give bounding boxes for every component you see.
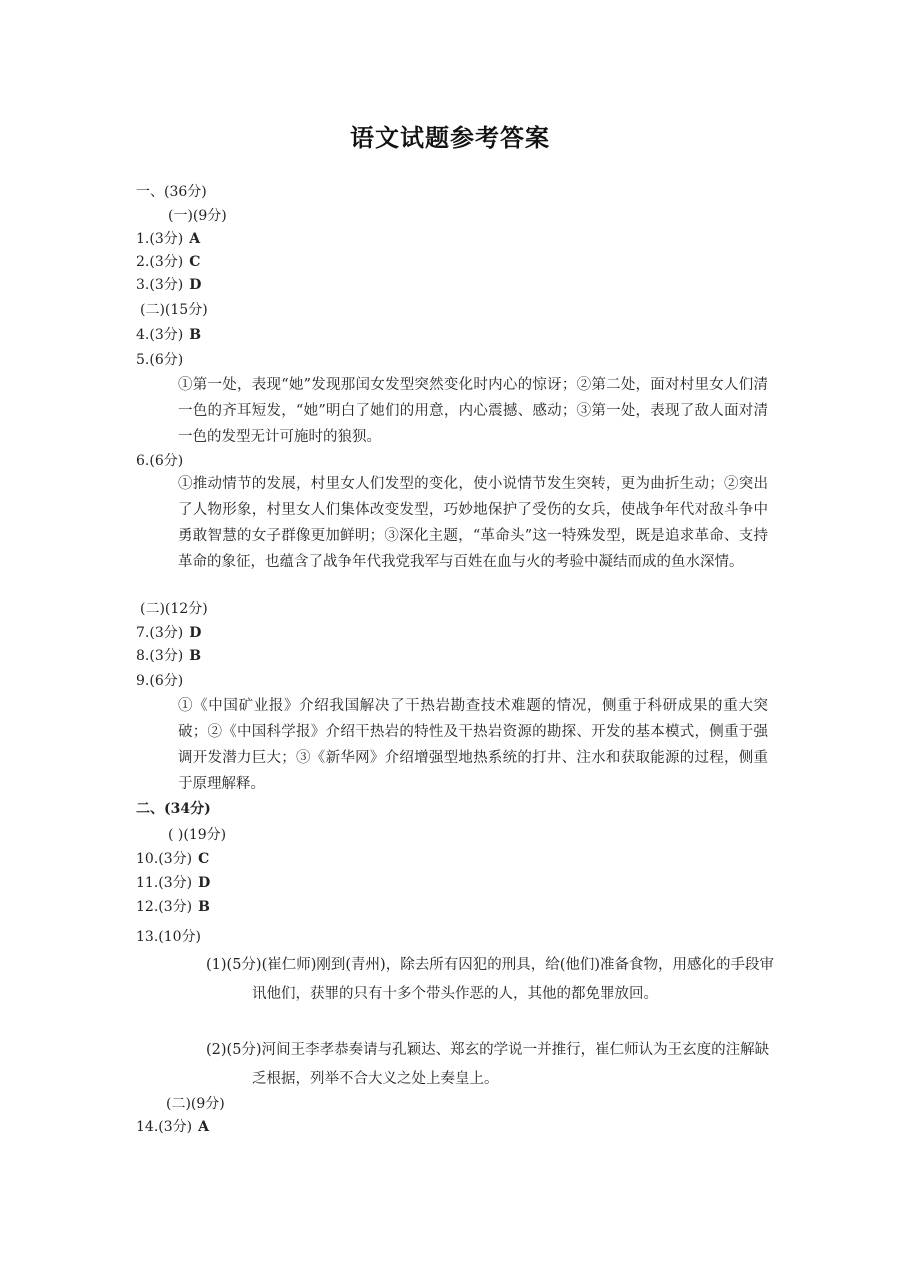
question-item: 1.(3分)A xyxy=(136,229,200,249)
section-heading: 二、(34分) xyxy=(136,799,211,819)
page-title: 语文试题参考答案 xyxy=(0,118,900,153)
question-item: 2.(3分)C xyxy=(136,252,200,272)
question-item: 3.(3分)D xyxy=(136,275,201,295)
subsection-heading: ( )(19分) xyxy=(168,825,226,845)
question-item: 10.(3分)C xyxy=(136,849,209,869)
question-item: 11.(3分)D xyxy=(136,873,210,893)
subsection-heading: (二)(15分) xyxy=(140,300,208,320)
question-label: 13.(10分) xyxy=(136,927,201,947)
subsection-heading: (二)(12分) xyxy=(140,599,208,619)
subsection-heading: (二)(9分) xyxy=(166,1094,225,1114)
question-item: 8.(3分)B xyxy=(136,646,201,666)
answer-subpart: (1)(5分)(崔仁师)刚到(青州)，除去所有囚犯的刑具，给(他们)准备食物，用… xyxy=(206,951,776,1009)
section-heading: 一、(36分) xyxy=(136,182,207,202)
question-item: 14.(3分)A xyxy=(136,1117,209,1137)
question-item: 4.(3分)B xyxy=(136,325,201,345)
answer-paragraph: ①《中国矿业报》介绍我国解决了干热岩勘查技术难题的情况，侧重于科研成果的重大突破… xyxy=(178,693,768,797)
question-label: 6.(6分) xyxy=(136,451,183,471)
answer-paragraph: ①推动情节的发展，村里女人们发型的变化，使小说情节发生突转，更为曲折生动；②突出… xyxy=(178,471,768,575)
question-item: 7.(3分)D xyxy=(136,623,201,643)
subsection-heading: (一)(9分) xyxy=(168,206,227,226)
question-label: 9.(6分) xyxy=(136,671,183,691)
answer-paragraph: ①第一处，表现“她”发现那闰女发型突然变化时内心的惊讶；②第二处，面对村里女人们… xyxy=(178,372,768,450)
question-label: 5.(6分) xyxy=(136,350,183,370)
answer-subpart: (2)(5分)河间王李孝恭奏请与孔颖达、郑玄的学说一并推行，崔仁师认为王玄度的注… xyxy=(206,1036,776,1094)
question-item: 12.(3分)B xyxy=(136,897,210,917)
